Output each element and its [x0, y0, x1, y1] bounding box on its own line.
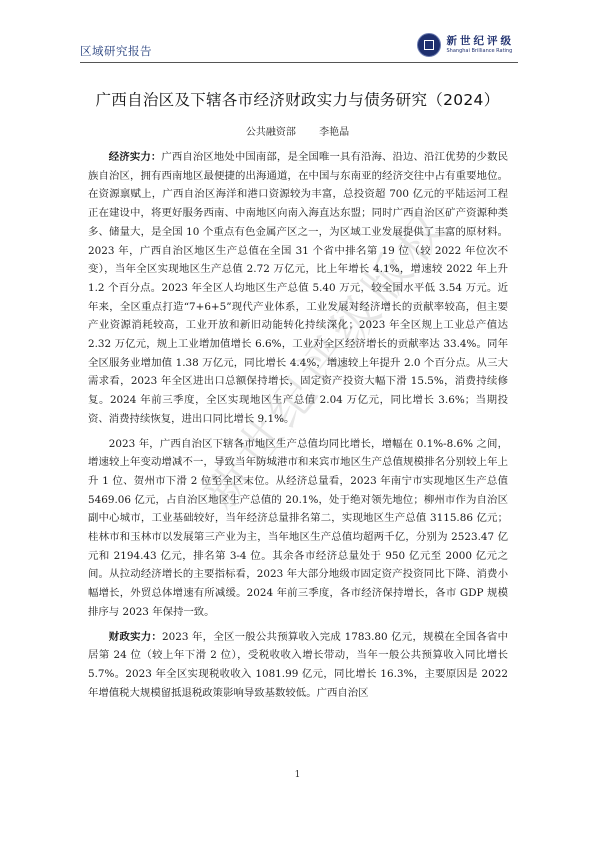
document-body: 经济实力：广西自治区地处中国南部，是全国唯一具有沿海、沿边、沿江优势的少数民族自…	[88, 148, 508, 708]
paragraph-fiscal-strength: 财政实力：2023 年，全区一般公共预算收入完成 1783.80 亿元，规模在全…	[88, 628, 508, 703]
paragraph-lead: 财政实力：	[109, 631, 162, 643]
paragraph-text: 2023 年，广西自治区下辖各市地区生产总值均同比增长，增幅在 0.1%-8.6…	[88, 438, 508, 618]
author-line: 公共融资部 李艳晶	[0, 123, 595, 138]
page-number: 1	[0, 770, 595, 780]
page-header: 区域研究报告 新世纪评级 Shanghai Brilliance Rating	[80, 30, 518, 63]
agency-seal-icon	[417, 33, 441, 57]
paragraph-city-economy: 2023 年，广西自治区下辖各市地区生产总值均同比增长，增幅在 0.1%-8.6…	[88, 435, 508, 622]
department: 公共融资部	[246, 127, 296, 138]
report-category-label: 区域研究报告	[80, 43, 152, 59]
document-title: 广西自治区及下辖各市经济财政实力与债务研究（2024）	[0, 88, 595, 110]
author-name: 李艳晶	[319, 127, 349, 138]
paragraph-text: 广西自治区地处中国南部，是全国唯一具有沿海、沿边、沿江优势的少数民族自治区，拥有…	[88, 151, 508, 425]
agency-logo: 新世纪评级 Shanghai Brilliance Rating	[417, 30, 515, 60]
paragraph-economic-strength: 经济实力：广西自治区地处中国南部，是全国唯一具有沿海、沿边、沿江优势的少数民族自…	[88, 148, 508, 429]
paragraph-lead: 经济实力：	[109, 151, 162, 163]
logo-name-cn: 新世纪评级	[447, 35, 515, 47]
logo-name-en: Shanghai Brilliance Rating	[447, 47, 515, 55]
